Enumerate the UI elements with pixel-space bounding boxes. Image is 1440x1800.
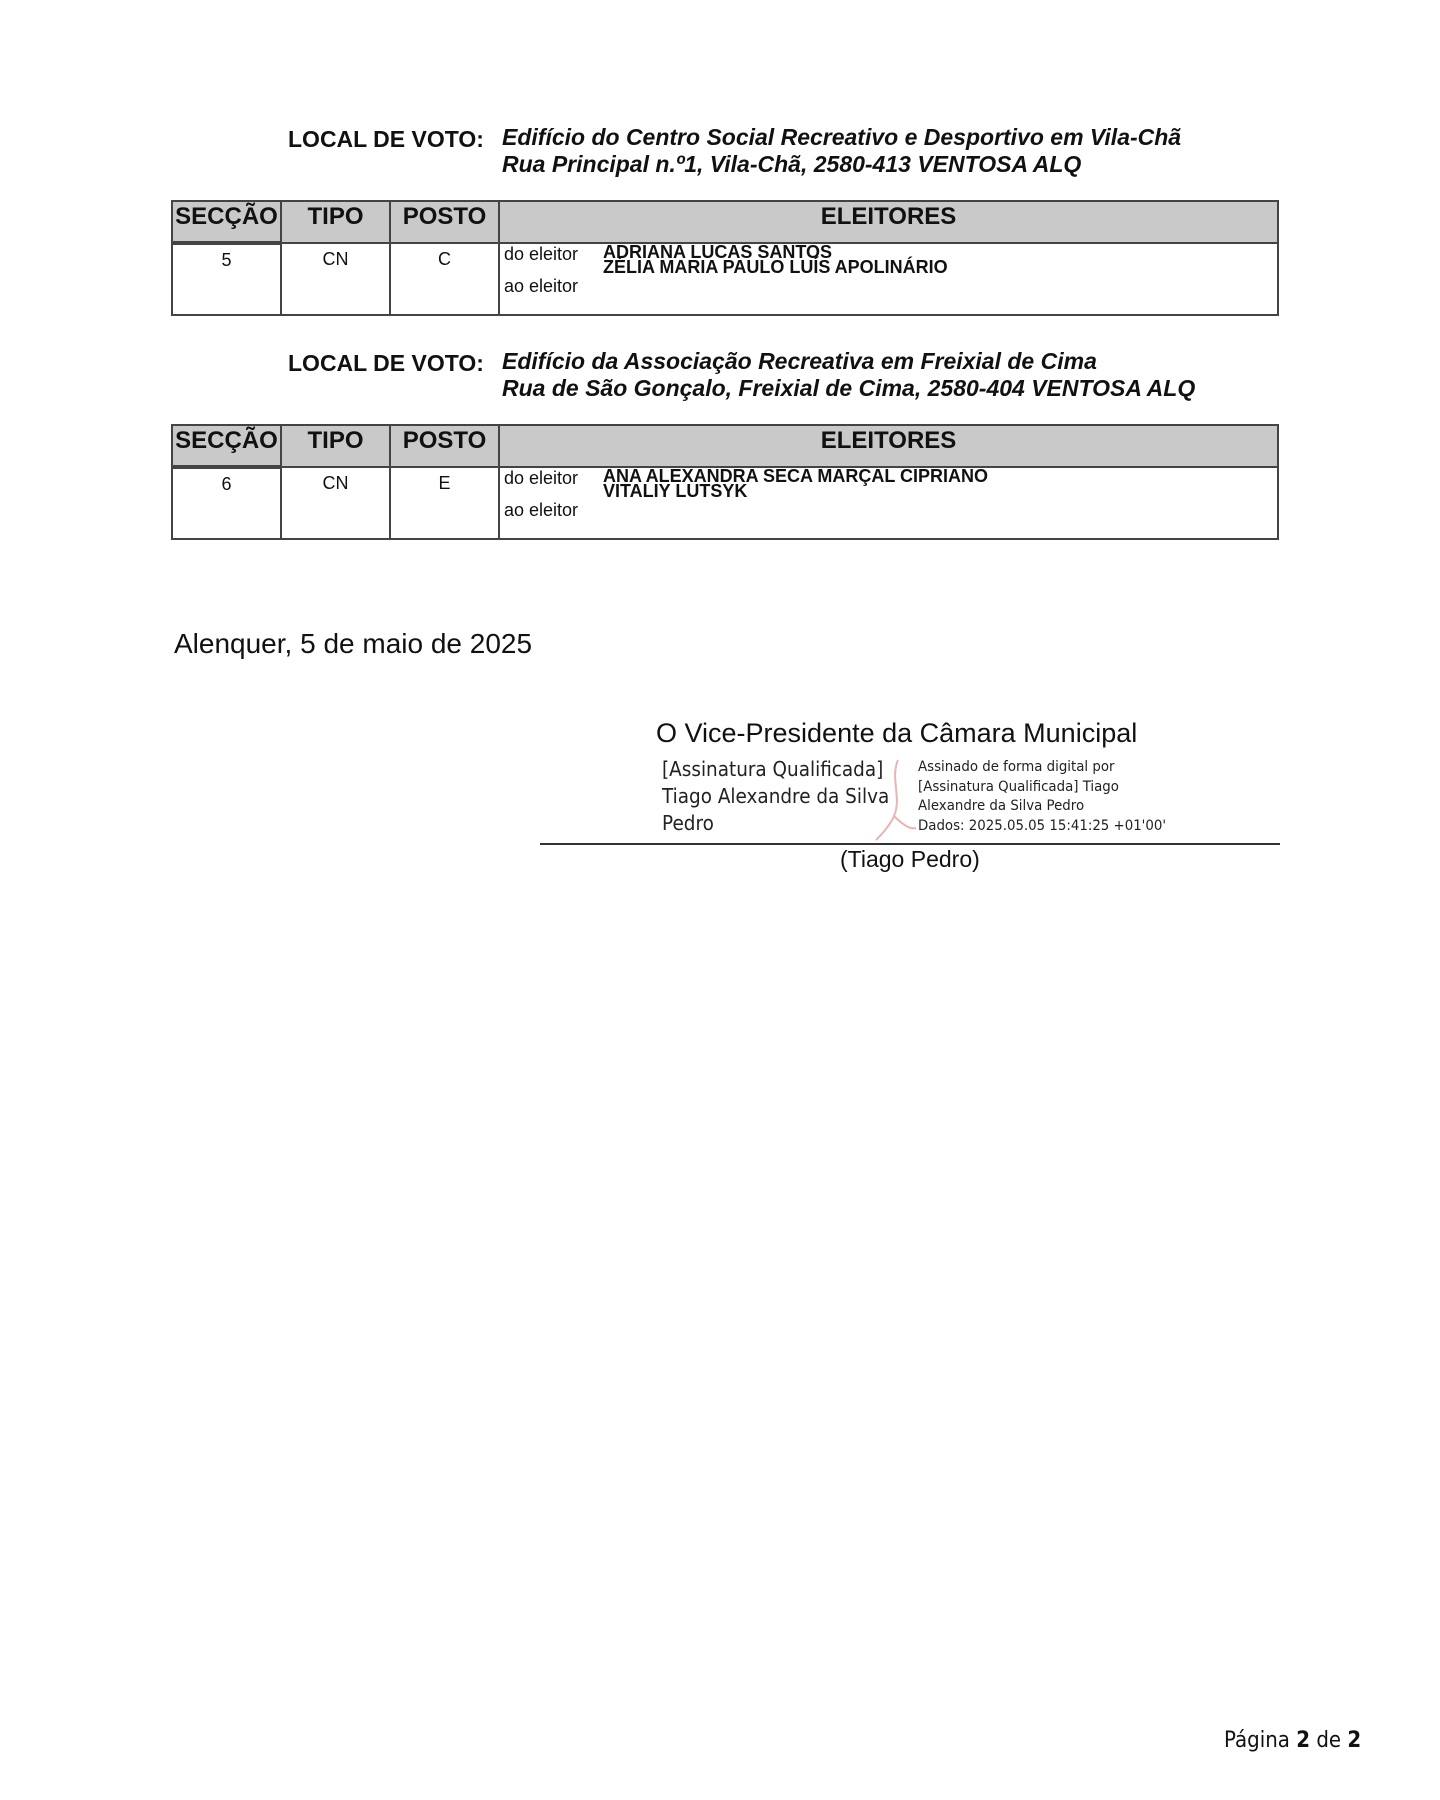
header-posto: POSTO xyxy=(390,425,499,467)
cell-posto: C xyxy=(390,243,499,315)
page-number: Página 2 de 2 xyxy=(1224,1728,1361,1753)
building-name: Edifício do Centro Social Recreativo e D… xyxy=(502,124,1181,151)
signature-info-line: [Assinatura Qualificada] Tiago xyxy=(918,778,1166,798)
location-details: Edifício da Associação Recreativa em Fre… xyxy=(502,348,1195,402)
cell-tipo: CN xyxy=(281,467,390,539)
to-elector-label: ao eleitor xyxy=(504,276,578,297)
signature-line: Pedro xyxy=(662,810,889,837)
signature-line: Tiago Alexandre da Silva xyxy=(662,783,889,810)
header-eleitores: ELEITORES xyxy=(499,201,1278,243)
page-word: Página xyxy=(1224,1728,1290,1753)
digital-signature-info: Assinado de forma digital por [Assinatur… xyxy=(918,758,1166,836)
cell-tipo: CN xyxy=(281,243,390,315)
place-and-date: Alenquer, 5 de maio de 2025 xyxy=(174,628,532,660)
signature-name-block: [Assinatura Qualificada] Tiago Alexandre… xyxy=(662,756,889,837)
electors-table-1: SECÇÃO TIPO POSTO ELEITORES 5 CN C do el… xyxy=(171,200,1279,316)
signature-line-divider xyxy=(540,843,1280,845)
cell-eleitores: do eleitor ao eleitor ADRIANA LUCAS SANT… xyxy=(499,243,1278,315)
table-header-row: SECÇÃO TIPO POSTO ELEITORES xyxy=(172,201,1278,243)
header-tipo: TIPO xyxy=(281,425,390,467)
signature-timestamp: Dados: 2025.05.05 15:41:25 +01'00' xyxy=(918,817,1166,837)
table-row: 6 CN E do eleitor ao eleitor ANA ALEXAND… xyxy=(172,467,1278,539)
cell-posto: E xyxy=(390,467,499,539)
building-address: Rua de São Gonçalo, Freixial de Cima, 25… xyxy=(502,375,1195,402)
of-word: de xyxy=(1316,1728,1341,1753)
local-de-voto-label: LOCAL DE VOTO: xyxy=(288,350,484,377)
digital-signature-mark-icon xyxy=(872,758,918,842)
signatory-title: O Vice-Presidente da Câmara Municipal xyxy=(656,718,1137,749)
local-de-voto-label: LOCAL DE VOTO: xyxy=(288,126,484,153)
signature-info-line: Assinado de forma digital por xyxy=(918,758,1166,778)
elector-names: ANA ALEXANDRA SECA MARÇAL CIPRIANO VITAL… xyxy=(603,469,988,499)
signature-info-line: Alexandre da Silva Pedro xyxy=(918,797,1166,817)
table-header-row: SECÇÃO TIPO POSTO ELEITORES xyxy=(172,425,1278,467)
header-seccao: SECÇÃO xyxy=(172,201,281,243)
signature-line: [Assinatura Qualificada] xyxy=(662,756,889,783)
header-seccao: SECÇÃO xyxy=(172,425,281,467)
signatory-name: (Tiago Pedro) xyxy=(840,846,980,873)
header-tipo: TIPO xyxy=(281,201,390,243)
total-pages: 2 xyxy=(1347,1728,1361,1753)
from-elector-label: do eleitor xyxy=(504,468,578,489)
current-page: 2 xyxy=(1296,1728,1310,1753)
electors-table-2: SECÇÃO TIPO POSTO ELEITORES 6 CN E do el… xyxy=(171,424,1279,540)
header-posto: POSTO xyxy=(390,201,499,243)
cell-seccao: 6 xyxy=(172,467,281,539)
cell-eleitores: do eleitor ao eleitor ANA ALEXANDRA SECA… xyxy=(499,467,1278,539)
cell-seccao: 5 xyxy=(172,243,281,315)
from-elector-label: do eleitor xyxy=(504,244,578,265)
elector-names: ADRIANA LUCAS SANTOS ZÉLIA MARIA PAULO L… xyxy=(603,245,948,275)
header-eleitores: ELEITORES xyxy=(499,425,1278,467)
to-elector-label: ao eleitor xyxy=(504,500,578,521)
location-details: Edifício do Centro Social Recreativo e D… xyxy=(502,124,1181,178)
to-elector-name: ZÉLIA MARIA PAULO LUÍS APOLINÁRIO xyxy=(603,260,948,275)
building-address: Rua Principal n.º1, Vila-Chã, 2580-413 V… xyxy=(502,151,1181,178)
table-row: 5 CN C do eleitor ao eleitor ADRIANA LUC… xyxy=(172,243,1278,315)
building-name: Edifício da Associação Recreativa em Fre… xyxy=(502,348,1195,375)
to-elector-name: VITALIY LUTSYK xyxy=(603,484,988,499)
